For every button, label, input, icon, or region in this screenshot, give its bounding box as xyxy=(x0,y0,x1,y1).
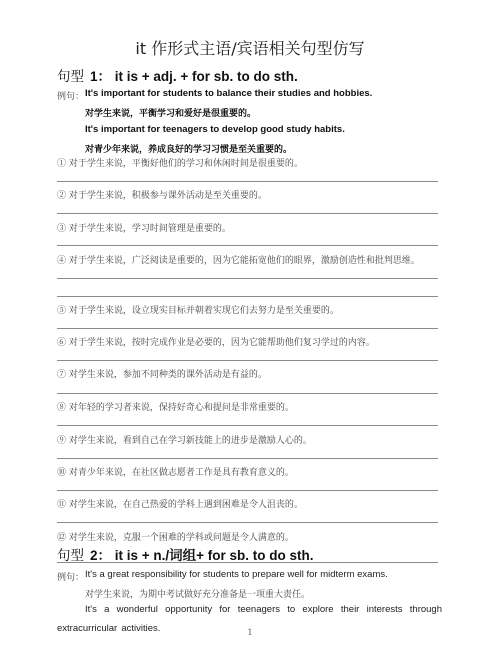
section-1-example-cn-1: 对学生来说，平衡学习和爱好是很重要的。 xyxy=(85,106,256,119)
section-2-example-cn-1: 对学生来说，为期中考试做好充分准备是一项重大责任。 xyxy=(85,587,310,600)
exercise-4-answer-line-1[interactable] xyxy=(57,278,438,279)
exercise-1-prompt: ① 对于学生来说，平衡好他们的学习和休闲时间是很重要的。 xyxy=(57,156,303,169)
exercise-5-answer-line[interactable] xyxy=(57,328,438,329)
page-number: 1 xyxy=(0,628,500,637)
exercise-8-answer-line[interactable] xyxy=(57,425,438,426)
section-2-pattern: 2： it is + n./词组+ for sb. to do sth. xyxy=(90,548,314,563)
exercise-3-answer-line[interactable] xyxy=(57,245,438,246)
exercise-11-answer-line[interactable] xyxy=(57,522,438,523)
exercise-1-answer-line[interactable] xyxy=(57,181,438,182)
section-1-pattern: 1： it is + adj. + for sb. to do sth. xyxy=(90,69,298,84)
exercise-8-prompt: ⑧ 对年轻的学习者来说，保持好奇心和提问是非常重要的。 xyxy=(57,400,294,413)
exercise-9-prompt: ⑨ 对学生来说，看到自己在学习新技能上的进步是激励人心的。 xyxy=(57,433,312,446)
section-1-heading: 句型1： it is + adj. + for sb. to do sth. xyxy=(57,65,298,85)
exercise-9-answer-line[interactable] xyxy=(57,458,438,459)
exercise-4-prompt: ④ 对于学生来说，广泛阅读是重要的，因为它能拓宽他们的眼界，激励创造性和批判思维… xyxy=(57,253,420,266)
exercise-5-prompt: ⑤ 对于学生来说，设立现实目标并朝着实现它们去努力是至关重要的。 xyxy=(57,303,339,316)
section-2-heading: 句型2： it is + n./词组+ for sb. to do sth. xyxy=(57,544,314,564)
section-1-example-en-1: It's important for students to balance t… xyxy=(85,88,372,99)
section-2-example-en-1: It's a great responsibility for students… xyxy=(85,569,388,580)
exercise-7-prompt: ⑦ 对学生来说，参加不同种类的课外活动是有益的。 xyxy=(57,367,267,380)
exercise-12-prompt: ⑫ 对学生来说，克服一个困难的学科或问题是令人满意的。 xyxy=(57,530,294,543)
exercise-11-prompt: ⑪ 对学生来说，在自己热爱的学科上遇到困难是令人沮丧的。 xyxy=(57,497,303,510)
exercise-2-answer-line[interactable] xyxy=(57,213,438,214)
exercise-10-answer-line[interactable] xyxy=(57,490,438,491)
section-2-example-label: 例句： xyxy=(57,570,84,583)
exercise-4-answer-line-2[interactable] xyxy=(57,296,438,297)
section-1-example-label: 例句： xyxy=(57,89,84,102)
section-1-example-cn-2: 对青少年来说，养成良好的学习习惯是至关重要的。 xyxy=(85,142,292,155)
document-title: it 作形式主语/宾语相关句型仿写 xyxy=(0,36,500,59)
exercise-6-prompt: ⑥ 对于学生来说，按时完成作业是必要的，因为它能帮助他们复习学过的内容。 xyxy=(57,335,375,348)
exercise-6-answer-line[interactable] xyxy=(57,360,438,361)
exercise-3-prompt: ③ 对于学生来说，学习时间管理是重要的。 xyxy=(57,221,231,234)
exercise-7-answer-line[interactable] xyxy=(57,393,438,394)
section-1-example-en-2: It's important for teenagers to develop … xyxy=(85,124,345,135)
section-1-label-cn: 句型 xyxy=(57,69,84,85)
exercise-12-answer-line[interactable] xyxy=(57,562,438,563)
exercise-10-prompt: ⑩ 对青少年来说，在社区做志愿者工作是具有教育意义的。 xyxy=(57,465,294,478)
exercise-2-prompt: ② 对于学生来说，积极参与课外活动是至关重要的。 xyxy=(57,188,267,201)
